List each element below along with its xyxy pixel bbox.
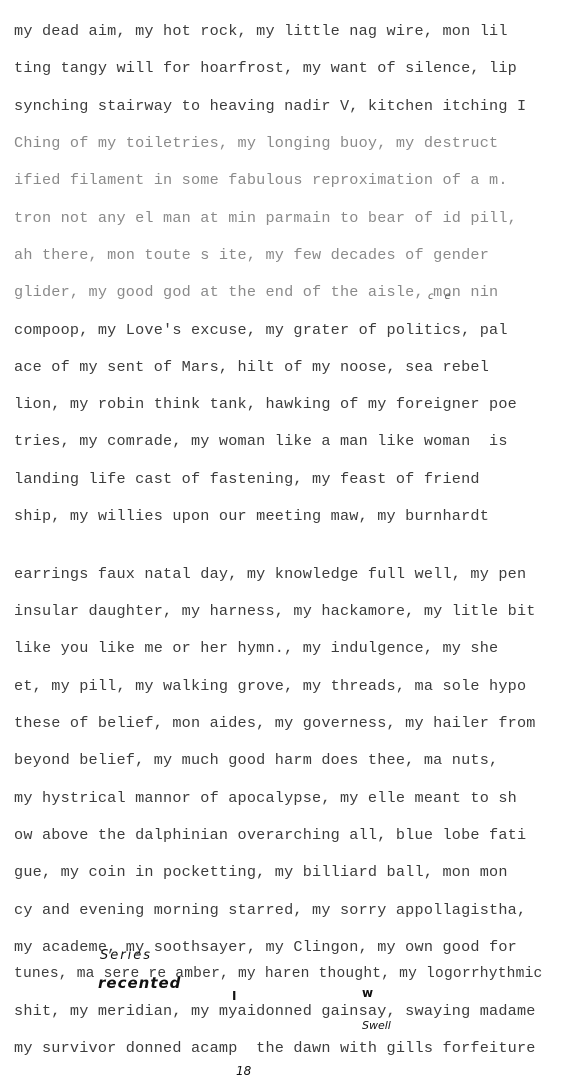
text-line: gue, my coin in pocketting, my billiard …	[14, 863, 508, 881]
text-line: my academe, my soothsayer, my Clingon, m…	[14, 938, 517, 956]
text-line: tunes, ma sere re amber, my haren though…	[14, 965, 543, 983]
handwritten-note: w	[362, 986, 373, 1000]
text-line: ah there, mon toute s ite, my few decade…	[14, 246, 489, 264]
text-line: Ching of my toiletries, my longing buoy,…	[14, 134, 498, 152]
text-line: my dead aim, my hot rock, my little nag …	[14, 22, 508, 40]
text-line: ship, my willies upon our meeting maw, m…	[14, 507, 489, 525]
text-line: shit, my meridian, my myaidonned gainsay…	[14, 1002, 536, 1020]
handwritten-note: c e	[428, 291, 455, 302]
handwritten-note: Swell	[362, 1019, 391, 1032]
handwritten-note: I	[232, 989, 236, 1003]
text-line: insular daughter, my harness, my hackamo…	[14, 602, 536, 620]
text-line: these of belief, mon aides, my governess…	[14, 714, 536, 732]
text-line: ified filament in some fabulous reproxim…	[14, 171, 508, 189]
text-line: compoop, my Love's excuse, my grater of …	[14, 321, 508, 339]
text-line: landing life cast of fastening, my feast…	[14, 470, 480, 488]
typewritten-page: my dead aim, my hot rock, my little nag …	[0, 0, 572, 1088]
page-number: 18	[236, 1064, 251, 1078]
handwritten-note: recented	[98, 974, 181, 992]
text-line: lion, my robin think tank, hawking of my…	[14, 395, 517, 413]
text-line: beyond belief, my much good harm does th…	[14, 751, 498, 769]
text-line: tries, my comrade, my woman like a man l…	[14, 432, 508, 450]
text-line: my hystrical mannor of apocalypse, my el…	[14, 789, 517, 807]
text-line: cy and evening morning starred, my sorry…	[14, 901, 526, 919]
text-line: synching stairway to heaving nadir V, ki…	[14, 97, 526, 115]
handwritten-note: Series	[100, 948, 152, 963]
text-line: tron not any el man at min parmain to be…	[14, 209, 517, 227]
text-line: glider, my good god at the end of the ai…	[14, 283, 498, 301]
text-line: et, my pill, my walking grove, my thread…	[14, 677, 526, 695]
text-line: ace of my sent of Mars, hilt of my noose…	[14, 358, 489, 376]
text-line: like you like me or her hymn., my indulg…	[14, 639, 498, 657]
text-line: ow above the dalphinian overarching all,…	[14, 826, 526, 844]
text-line: earrings faux natal day, my knowledge fu…	[14, 565, 526, 583]
text-line: my survivor donned acamp the dawn with g…	[14, 1039, 536, 1057]
text-line: ting tangy will for hoarfrost, my want o…	[14, 59, 517, 77]
